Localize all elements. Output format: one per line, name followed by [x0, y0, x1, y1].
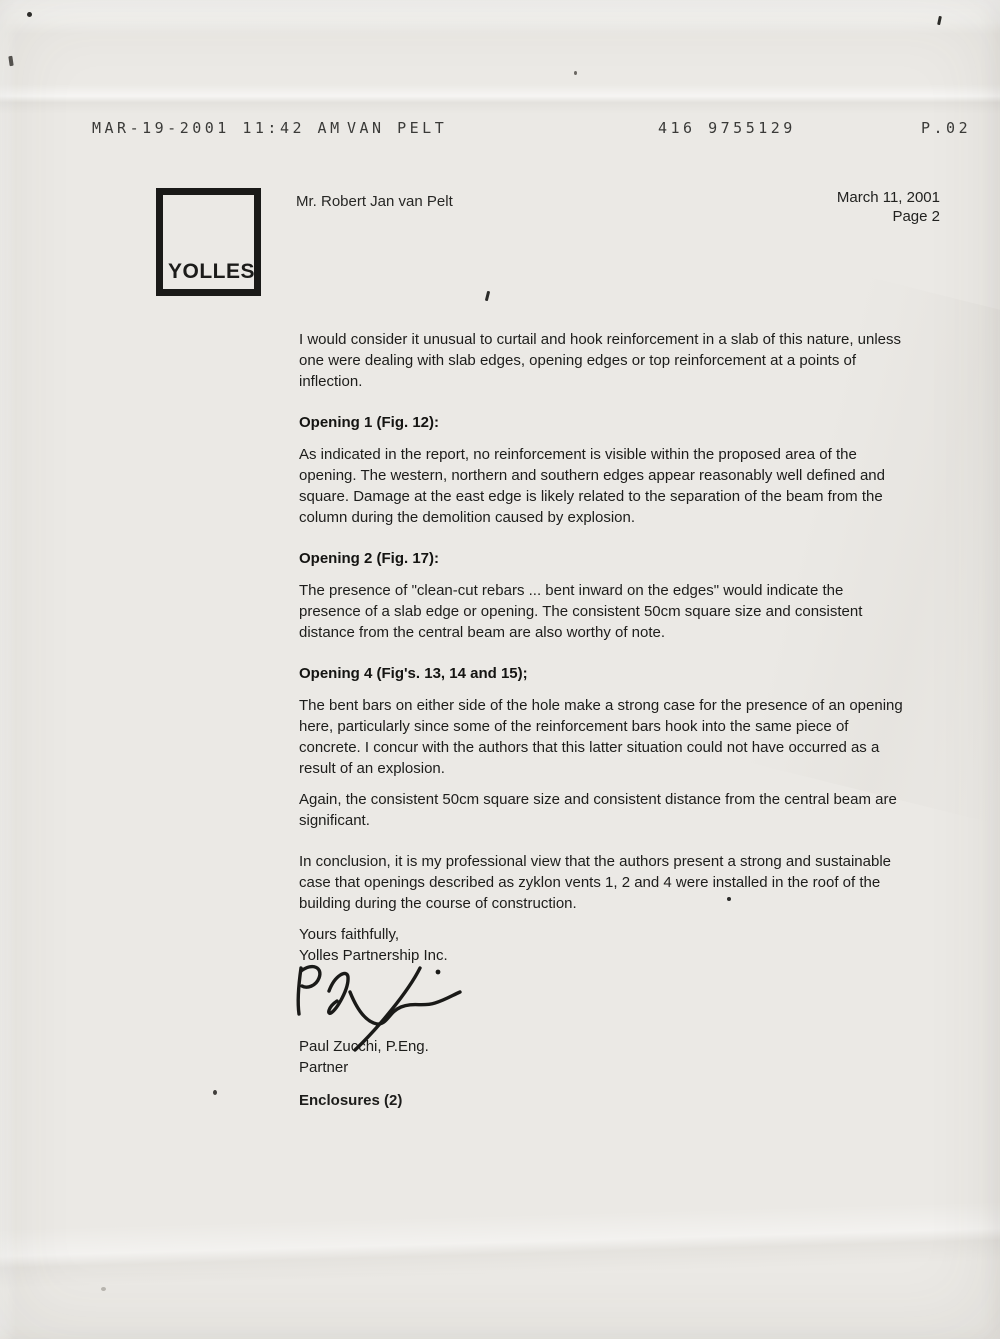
company-name: Yolles Partnership Inc.	[299, 947, 448, 964]
recipient-name: Mr. Robert Jan van Pelt	[296, 193, 453, 210]
section-heading-opening-2: Opening 2 (Fig. 17):	[299, 548, 971, 569]
fax-sender-name: VAN PELT	[347, 119, 447, 137]
letter-body: I would consider it unusual to curtail a…	[299, 329, 971, 934]
fax-page-number: P.02	[921, 119, 971, 137]
valediction: Yours faithfully,	[299, 926, 399, 943]
intro-paragraph: I would consider it unusual to curtail a…	[299, 329, 971, 392]
paper-crease	[0, 84, 1000, 114]
signatory-title: Partner	[299, 1059, 348, 1076]
scan-speck	[574, 71, 577, 75]
section-paragraph: Again, the consistent 50cm square size a…	[299, 789, 971, 831]
logo-text: YOLLES	[168, 260, 255, 284]
scan-speck	[101, 1287, 106, 1291]
conclusion-paragraph: In conclusion, it is my professional vie…	[299, 851, 971, 914]
scan-speck	[727, 897, 731, 901]
date-block: March 11, 2001 Page 2	[837, 188, 940, 226]
yolles-logo: YOLLES	[156, 188, 261, 296]
letter-page-label: Page 2	[837, 207, 940, 226]
scan-speck	[485, 291, 490, 301]
paper-crease	[0, 1200, 1000, 1291]
section-heading-opening-4: Opening 4 (Fig's. 13, 14 and 15);	[299, 663, 971, 684]
fax-header: MAR-19-2001 11:42 AM VAN PELT 416 975512…	[0, 119, 1000, 141]
section-heading-opening-1: Opening 1 (Fig. 12):	[299, 412, 971, 433]
scan-speck	[213, 1090, 217, 1095]
scan-edge-highlight	[0, 0, 1000, 34]
enclosures-note: Enclosures (2)	[299, 1092, 402, 1109]
fax-phone-number: 416 9755129	[658, 119, 796, 137]
section-paragraph: As indicated in the report, no reinforce…	[299, 444, 971, 528]
closing-block: Yours faithfully, Yolles Partnership Inc…	[299, 926, 719, 1146]
scan-speck	[27, 12, 32, 17]
fax-timestamp: MAR-19-2001 11:42 AM	[92, 119, 343, 137]
signatory-name: Paul Zucchi, P.Eng.	[299, 1038, 429, 1055]
section-paragraph: The bent bars on either side of the hole…	[299, 695, 971, 779]
letter-date: March 11, 2001	[837, 188, 940, 207]
section-paragraph: The presence of "clean-cut rebars ... be…	[299, 580, 971, 643]
scanned-letter-page: MAR-19-2001 11:42 AM VAN PELT 416 975512…	[0, 0, 1000, 1339]
scan-edge-highlight-left	[0, 0, 16, 1339]
